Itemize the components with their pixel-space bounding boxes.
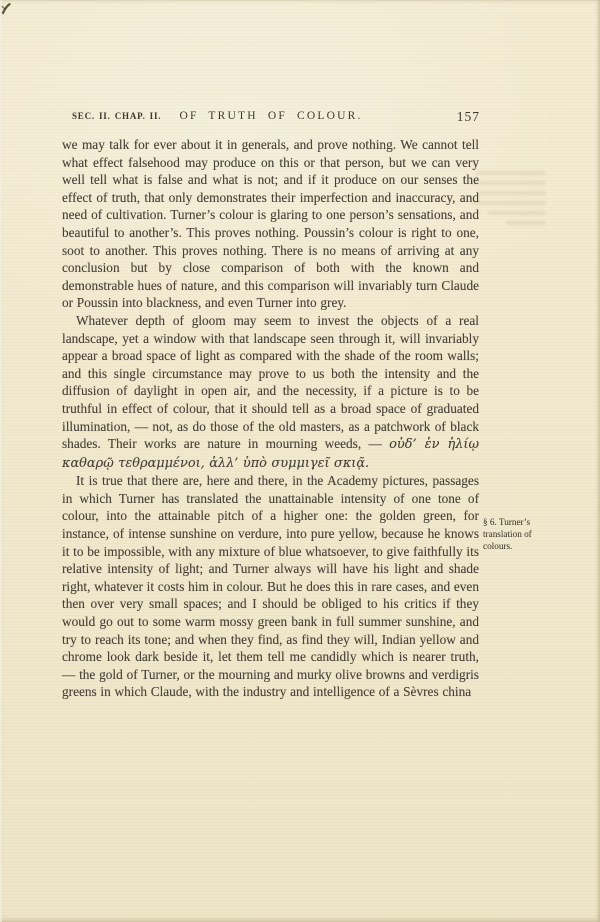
ghost-line bbox=[470, 181, 546, 185]
section-chapter-label: SEC. II. CHAP. II. bbox=[72, 112, 161, 121]
running-title: OF TRUTH OF COLOUR. bbox=[179, 111, 362, 123]
text-block: we may talk for ever about it in general… bbox=[62, 136, 479, 701]
page-number: 157 bbox=[457, 110, 480, 124]
margin-note-line: colours. bbox=[483, 541, 555, 553]
paragraph-text: It is true that there are, here and ther… bbox=[62, 473, 479, 699]
ink-smudge-mark bbox=[0, 1, 18, 19]
paragraph-continuation: we may talk for ever about it in general… bbox=[62, 136, 479, 312]
ghost-line bbox=[506, 221, 546, 225]
margin-note: § 6. Turner’s translation of colours. bbox=[483, 517, 555, 552]
paragraph-turner-translation: It is true that there are, here and ther… bbox=[62, 472, 479, 701]
margin-note-line: § 6. Turner’s bbox=[483, 517, 555, 529]
ghost-line bbox=[478, 191, 546, 195]
margin-note-line: translation of bbox=[483, 529, 555, 541]
paragraph-text: we may talk for ever about it in general… bbox=[62, 137, 479, 310]
running-header: SEC. II. CHAP. II. OF TRUTH OF COLOUR. 1… bbox=[62, 104, 480, 124]
paragraph-text: Whatever depth of gloom may seem to inve… bbox=[62, 313, 479, 451]
paragraph-gloom: Whatever depth of gloom may seem to inve… bbox=[62, 312, 479, 472]
ghost-line bbox=[488, 211, 546, 215]
ghost-line bbox=[472, 201, 546, 205]
book-page-scan: SEC. II. CHAP. II. OF TRUTH OF COLOUR. 1… bbox=[0, 0, 600, 922]
ghost-line bbox=[476, 171, 546, 175]
